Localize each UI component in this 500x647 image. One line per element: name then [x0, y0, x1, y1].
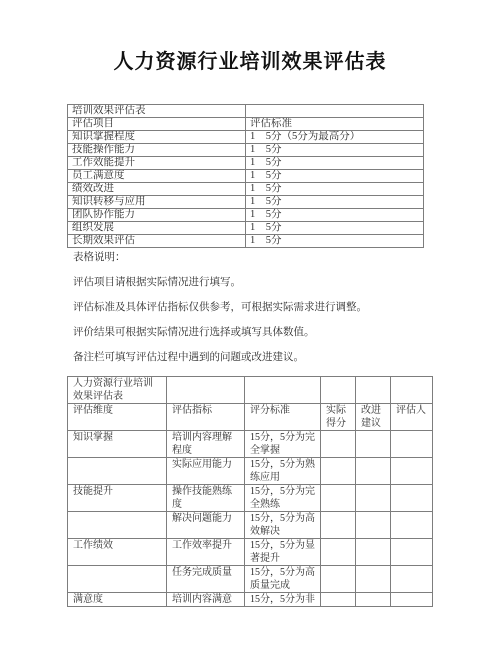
table-row: 技能操作能力 1 5分	[68, 144, 424, 157]
header-cell-item: 评估项目	[68, 118, 246, 131]
cell-suggestion	[356, 485, 391, 512]
cell-score-standard: 15分，5分为显著提升	[245, 539, 321, 566]
cell-indicator: 操作技能熟练度	[167, 485, 245, 512]
document-page: 人力资源行业培训效果评估表 培训效果评估表 评估项目 评估标准 知识掌握程度 1…	[0, 0, 500, 647]
cell-evaluator	[391, 431, 433, 458]
cell-standard: 1 5分	[246, 209, 424, 222]
cell-dimension: 知识掌握	[68, 431, 167, 458]
table-row: 工作绩效 工作效率提升 15分，5分为显著提升	[68, 539, 433, 566]
note-line: 评估标准及具体评估指标仅供参考，可根据实际需求进行调整。	[73, 301, 500, 314]
empty-cell	[391, 377, 433, 404]
empty-cell	[321, 377, 356, 404]
cell-evaluator	[391, 539, 433, 566]
table-row: 知识掌握程度 1 5分（5分为最高分）	[68, 131, 424, 144]
table-row: 解决问题能力 15分，5分为高效解决	[68, 512, 433, 539]
note-line: 评价结果可根据实际情况进行选择或填写具体数值。	[73, 326, 500, 339]
cell-suggestion	[356, 566, 391, 593]
table-caption-row: 人力资源行业培训效果评估表	[68, 377, 433, 404]
note-line: 备注栏可填写评估过程中遇到的问题或改进建议。	[73, 351, 500, 364]
cell-actual-score	[321, 458, 356, 485]
cell-standard: 1 5分	[246, 196, 424, 209]
cell-score-standard: 15分，5分为高质量完成	[245, 566, 321, 593]
header-cell-actual-score: 实际得分	[321, 404, 356, 431]
header-cell-score-standard: 评分标准	[245, 404, 321, 431]
header-cell-standard: 评估标准	[246, 118, 424, 131]
cell-item: 员工满意度	[68, 170, 246, 183]
cell-indicator: 培训内容满意	[167, 593, 245, 607]
table-row: 任务完成质量 15分，5分为高质量完成	[68, 566, 433, 593]
table-header-row: 评估维度 评估指标 评分标准 实际得分 改进建议 评估人	[68, 404, 433, 431]
empty-cell	[245, 377, 321, 404]
table1-caption-empty-cell	[246, 105, 424, 118]
cell-standard: 1 5分	[246, 222, 424, 235]
cell-item: 知识掌握程度	[68, 131, 246, 144]
cell-item: 绩效改进	[68, 183, 246, 196]
table-row: 员工满意度 1 5分	[68, 170, 424, 183]
table-row: 工作效能提升 1 5分	[68, 157, 424, 170]
cell-indicator: 解决问题能力	[167, 512, 245, 539]
notes-heading: 表格说明：	[73, 251, 500, 264]
cell-dimension: 满意度	[68, 593, 167, 607]
cell-item: 技能操作能力	[68, 144, 246, 157]
cell-indicator: 工作效率提升	[167, 539, 245, 566]
table-row: 组织发展 1 5分	[68, 222, 424, 235]
table2-caption-cell: 人力资源行业培训效果评估表	[68, 377, 167, 404]
cell-suggestion	[356, 593, 391, 607]
cell-score-standard: 15分，5分为熟练应用	[245, 458, 321, 485]
table-row: 团队协作能力 1 5分	[68, 209, 424, 222]
cell-item: 团队协作能力	[68, 209, 246, 222]
header-cell-indicator: 评估指标	[167, 404, 245, 431]
cell-score-standard: 15分，5分为完全掌握	[245, 431, 321, 458]
cell-indicator: 实际应用能力	[167, 458, 245, 485]
cell-dimension	[68, 458, 167, 485]
table-row: 技能提升 操作技能熟练度 15分，5分为完全熟练	[68, 485, 433, 512]
cell-standard: 1 5分	[246, 170, 424, 183]
cell-score-standard: 15分，5分为完全熟练	[245, 485, 321, 512]
table-header-row: 评估项目 评估标准	[68, 118, 424, 131]
cell-item: 工作效能提升	[68, 157, 246, 170]
cell-evaluator	[391, 485, 433, 512]
cell-suggestion	[356, 512, 391, 539]
table-row: 绩效改进 1 5分	[68, 183, 424, 196]
cell-item: 长期效果评估	[68, 235, 246, 248]
cell-dimension	[68, 566, 167, 593]
table-row: 知识转移与应用 1 5分	[68, 196, 424, 209]
cell-item: 组织发展	[68, 222, 246, 235]
cell-standard: 1 5分	[246, 157, 424, 170]
cell-score-standard: 15分，5分为非	[245, 593, 321, 607]
cell-suggestion	[356, 458, 391, 485]
cell-standard: 1 5分	[246, 144, 424, 157]
cell-evaluator	[391, 593, 433, 607]
cell-indicator: 培训内容理解程度	[167, 431, 245, 458]
cell-indicator: 任务完成质量	[167, 566, 245, 593]
training-effect-summary-table: 培训效果评估表 评估项目 评估标准 知识掌握程度 1 5分（5分为最高分） 技能…	[67, 104, 424, 248]
table-row-clipped: 满意度 培训内容满意 15分，5分为非	[68, 593, 433, 607]
table-row: 实际应用能力 15分，5分为熟练应用	[68, 458, 433, 485]
cell-actual-score	[321, 431, 356, 458]
header-cell-evaluator: 评估人	[391, 404, 433, 431]
page-title: 人力资源行业培训效果评估表	[0, 0, 500, 74]
cell-standard: 1 5分	[246, 235, 424, 248]
cell-actual-score	[321, 593, 356, 607]
cell-dimension: 工作绩效	[68, 539, 167, 566]
empty-cell	[356, 377, 391, 404]
cell-score-standard: 15分，5分为高效解决	[245, 512, 321, 539]
cell-standard: 1 5分（5分为最高分）	[246, 131, 424, 144]
cell-item: 知识转移与应用	[68, 196, 246, 209]
cell-evaluator	[391, 566, 433, 593]
table-row: 长期效果评估 1 5分	[68, 235, 424, 248]
note-line: 评估项目请根据实际情况进行填写。	[73, 276, 500, 289]
table-row: 知识掌握 培训内容理解程度 15分，5分为完全掌握	[68, 431, 433, 458]
cell-standard: 1 5分	[246, 183, 424, 196]
table-caption-row: 培训效果评估表	[68, 105, 424, 118]
cell-actual-score	[321, 485, 356, 512]
header-cell-dimension: 评估维度	[68, 404, 167, 431]
cell-suggestion	[356, 539, 391, 566]
cell-actual-score	[321, 512, 356, 539]
cell-actual-score	[321, 539, 356, 566]
empty-cell	[167, 377, 245, 404]
cell-evaluator	[391, 458, 433, 485]
cell-actual-score	[321, 566, 356, 593]
cell-evaluator	[391, 512, 433, 539]
cell-suggestion	[356, 431, 391, 458]
cell-dimension: 技能提升	[68, 485, 167, 512]
table1-caption-cell: 培训效果评估表	[68, 105, 246, 118]
training-effect-detail-table: 人力资源行业培训效果评估表 评估维度 评估指标 评分标准 实际得分 改进建议 评…	[67, 376, 433, 607]
header-cell-suggestion: 改进建议	[356, 404, 391, 431]
cell-dimension	[68, 512, 167, 539]
